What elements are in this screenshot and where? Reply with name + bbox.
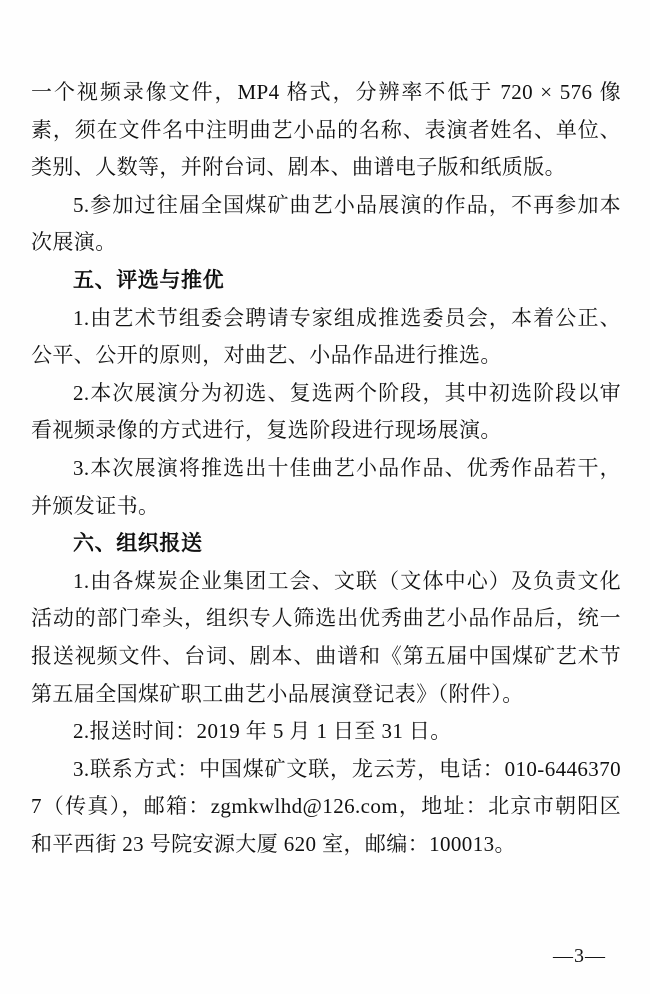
section-heading-6: 六、组织报送 (31, 525, 621, 563)
paragraph-section6-item-3: 3.联系方式：中国煤矿文联，龙云芳，电话：010-64463707（传真），邮箱… (31, 751, 621, 864)
section-heading-5: 五、评选与推优 (31, 262, 621, 300)
paragraph-continuation: 一个视频录像文件，MP4 格式，分辨率不低于 720 × 576 像素，须在文件… (31, 74, 621, 187)
document-page: 一个视频录像文件，MP4 格式，分辨率不低于 720 × 576 像素，须在文件… (0, 0, 650, 994)
paragraph-section5-item-1: 1.由艺术节组委会聘请专家组成推选委员会，本着公正、公平、公开的原则，对曲艺、小… (31, 300, 621, 375)
page-number: —3— (553, 945, 606, 968)
paragraph-section5-item-2: 2.本次展演分为初选、复选两个阶段，其中初选阶段以审看视频录像的方式进行，复选阶… (31, 375, 621, 450)
paragraph-section5-item-3: 3.本次展演将推选出十佳曲艺小品作品、优秀作品若干，并颁发证书。 (31, 450, 621, 525)
paragraph-section6-item-2: 2.报送时间：2019 年 5 月 1 日至 31 日。 (31, 713, 621, 751)
document-body: 一个视频录像文件，MP4 格式，分辨率不低于 720 × 576 像素，须在文件… (31, 74, 621, 863)
paragraph-item-5: 5.参加过往届全国煤矿曲艺小品展演的作品，不再参加本次展演。 (31, 187, 621, 262)
paragraph-section6-item-1: 1.由各煤炭企业集团工会、文联（文体中心）及负责文化活动的部门牵头，组织专人筛选… (31, 563, 621, 713)
